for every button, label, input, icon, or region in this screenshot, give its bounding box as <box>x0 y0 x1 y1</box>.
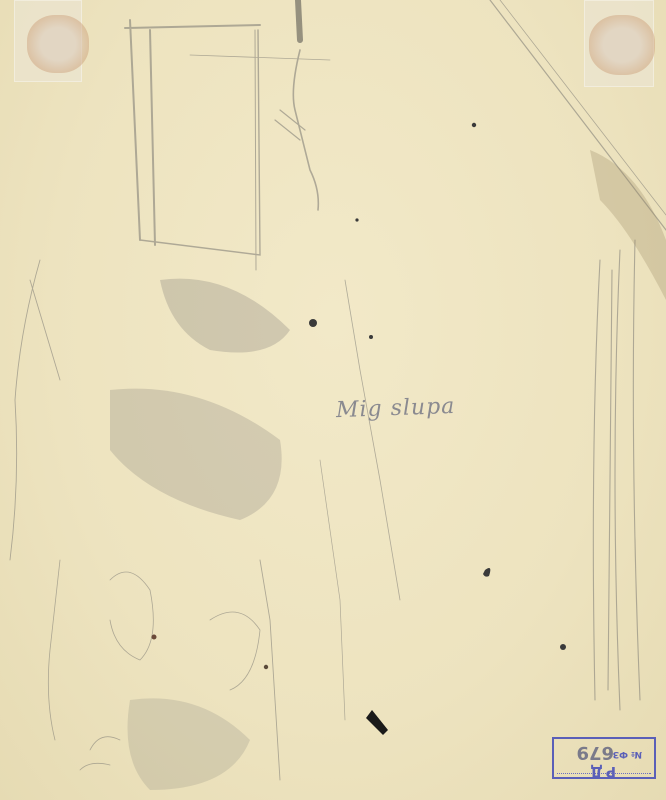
collection-stamp: РД 679 № ФЗ <box>552 737 656 779</box>
stamp-number: 679 <box>576 742 614 763</box>
sketch-paper: Mig slupa РД 679 № ФЗ <box>0 0 666 800</box>
stamp-mark: РД <box>587 763 616 779</box>
stamp-code: № ФЗ <box>613 749 642 759</box>
handwritten-inscription: Mig slupa <box>336 394 456 423</box>
pencil-drawing <box>0 0 666 800</box>
